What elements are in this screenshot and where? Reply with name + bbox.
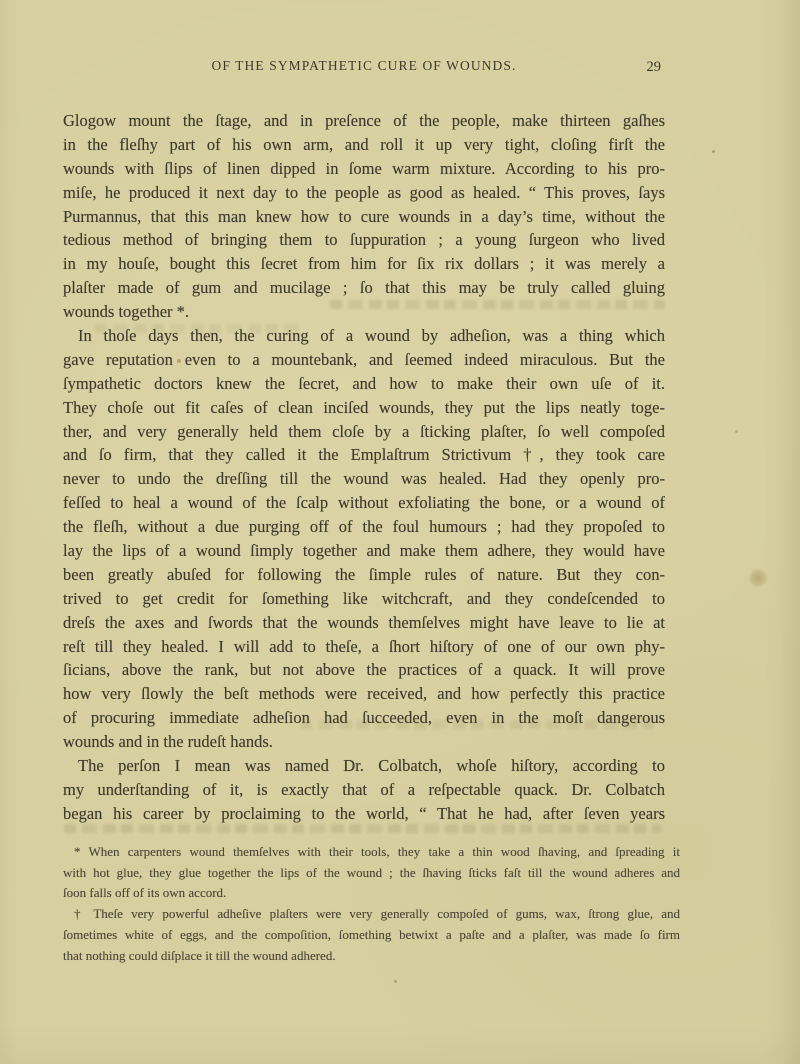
text-line: dreſs the axes and ſwords that the wound… bbox=[63, 611, 665, 635]
text-line: The perſon I mean was named Dr. Colbatch… bbox=[63, 754, 665, 778]
text-line: Purmannus, that this man knew how to cur… bbox=[63, 205, 665, 229]
text-line: † Theſe very powerful adheſive plaſters … bbox=[63, 904, 680, 925]
text-line: Glogow mount the ſtage, and in preſence … bbox=[63, 109, 665, 133]
text-line: ther, and very generally held them cloſe… bbox=[63, 420, 665, 444]
text-line: * When carpenters wound themſelves with … bbox=[63, 842, 680, 863]
body-text: Glogow mount the ſtage, and in preſence … bbox=[63, 109, 665, 826]
text-line: wounds and in the rudeſt hands. bbox=[63, 730, 665, 754]
footnote-section: * When carpenters wound themſelves with … bbox=[63, 842, 680, 967]
text-line: with hot glue, they glue together the li… bbox=[63, 863, 680, 884]
text-line: trived to get credit for ſomething like … bbox=[63, 587, 665, 611]
text-line: gave reputation even to a mountebank, an… bbox=[63, 348, 665, 372]
paper-speck bbox=[712, 150, 715, 153]
paragraph-continuation: Glogow mount the ſtage, and in preſence … bbox=[63, 109, 665, 324]
paragraph-dr-colbatch: The perſon I mean was named Dr. Colbatch… bbox=[63, 754, 665, 826]
text-line: feſſed to heal a wound of the ſcalp with… bbox=[63, 491, 665, 515]
footnote-dagger-plasters: † Theſe very powerful adheſive plaſters … bbox=[63, 904, 680, 966]
paper-speck bbox=[394, 980, 397, 983]
running-header: OF THE SYMPATHETIC CURE OF WOUNDS. 29 bbox=[63, 59, 665, 73]
text-line: tedious method of bringing them to ſuppu… bbox=[63, 228, 665, 252]
text-line: ſometimes white of eggs, and the compoſi… bbox=[63, 925, 680, 946]
text-line: lay the lips of a wound ſimply together … bbox=[63, 539, 665, 563]
text-line: in the fleſhy part of his own arm, and r… bbox=[63, 133, 665, 157]
text-line: the fleſh, without a due purging off of … bbox=[63, 515, 665, 539]
text-line: been greatly abuſed for following the ſi… bbox=[63, 563, 665, 587]
text-line: and ſo firm, that they called it the Emp… bbox=[63, 443, 665, 467]
text-line: that nothing could diſplace it till the … bbox=[63, 946, 680, 967]
text-line: in my houſe, bought this ſecret from him… bbox=[63, 252, 665, 276]
ink-bleedthrough bbox=[95, 324, 305, 333]
text-line: never to undo the dreſſing till the woun… bbox=[63, 467, 665, 491]
ink-bleedthrough bbox=[300, 720, 655, 729]
text-line: ſicians, above the rank, but not above t… bbox=[63, 658, 665, 682]
paper-speck bbox=[735, 430, 738, 433]
footnote-asterisk-carpenters: * When carpenters wound themſelves with … bbox=[63, 842, 680, 904]
text-line: ſympathetic doctors knew the ſecret, and… bbox=[63, 372, 665, 396]
foxing-stain bbox=[748, 568, 768, 588]
text-line: They choſe out fit caſes of clean inciſe… bbox=[63, 396, 665, 420]
text-line: ſoon falls off of its own accord. bbox=[63, 883, 680, 904]
text-line: my underſtanding of it, is exactly that … bbox=[63, 778, 665, 802]
text-line: miſe, he produced it next day to the peo… bbox=[63, 181, 665, 205]
text-line: plaſter made of gum and mucilage ; ſo th… bbox=[63, 276, 665, 300]
text-line: began his career by proclaiming to the w… bbox=[63, 802, 665, 826]
book-page-scan: OF THE SYMPATHETIC CURE OF WOUNDS. 29 Gl… bbox=[0, 0, 800, 1064]
text-line: wounds with ſlips of linen dipped in ſom… bbox=[63, 157, 665, 181]
paper-speck bbox=[177, 359, 181, 363]
page-number: 29 bbox=[647, 60, 662, 74]
page-title: OF THE SYMPATHETIC CURE OF WOUNDS. bbox=[63, 59, 665, 73]
paragraph-sympathetic-doctors: In thoſe days then, the curing of a woun… bbox=[63, 324, 665, 754]
ink-bleedthrough bbox=[64, 824, 662, 833]
text-line: reſt till they healed. I will add to the… bbox=[63, 635, 665, 659]
text-line: how very ſlowly the beſt methods were re… bbox=[63, 682, 665, 706]
ink-bleedthrough bbox=[330, 300, 665, 309]
